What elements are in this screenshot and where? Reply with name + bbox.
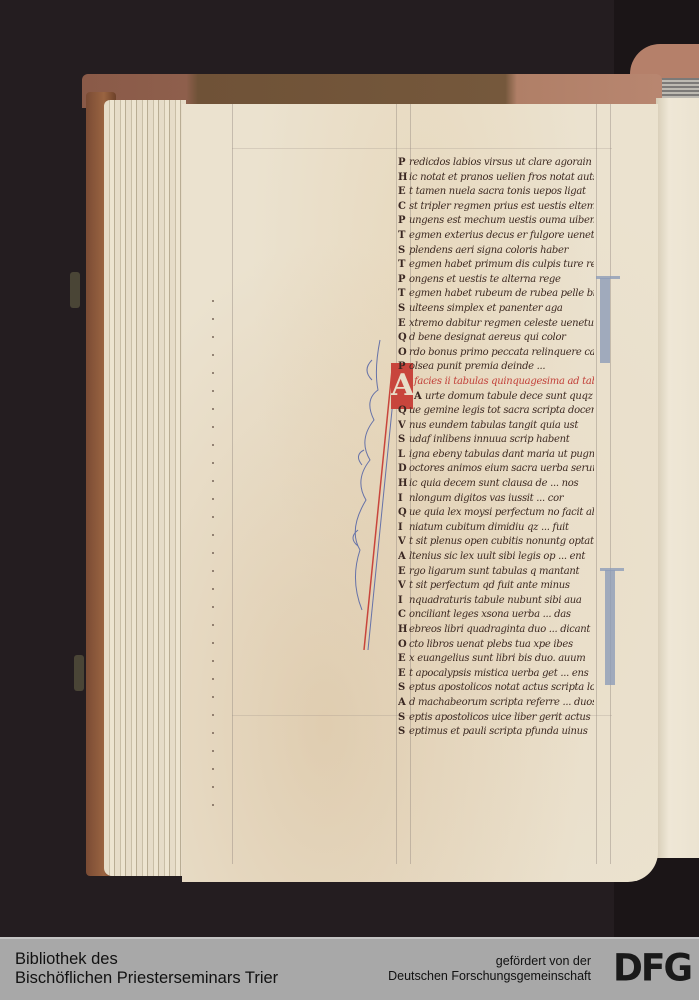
line-text: ic notat et pranos uelien fros notat aut… xyxy=(409,172,594,183)
verse-line: Septus apostolicos notat actus scripta l… xyxy=(398,681,594,696)
verse-line: Polsea punit premia deinde ... xyxy=(398,360,594,375)
fore-edge-leaves xyxy=(104,100,186,876)
line-initial: L xyxy=(398,448,409,463)
verse-line: Vt sit perfectum qd fuit ante minus xyxy=(398,579,594,594)
line-initial: A xyxy=(414,390,425,405)
rubric-line: facies ii tabulas quinquagesima ad taber… xyxy=(398,375,594,390)
line-initial: S xyxy=(398,711,409,726)
line-initial: V xyxy=(398,419,409,434)
facing-page xyxy=(656,98,699,858)
library-name: Bibliothek des Bischöflichen Priestersem… xyxy=(15,950,278,988)
blue-initial-icon xyxy=(600,278,610,363)
line-text: niatum cubitum dimidiu qz ... fuit xyxy=(409,522,569,533)
line-initial: E xyxy=(398,317,409,332)
line-text: olsea punit premia deinde ... xyxy=(409,361,545,372)
pricking-marks xyxy=(212,300,214,820)
line-initial: A xyxy=(398,550,409,565)
line-text: cto libros uenat plebs tua xpe ibes xyxy=(409,639,573,650)
line-initial: Q xyxy=(398,404,409,419)
line-text: onciliant leges xsona uerba ... das xyxy=(409,609,571,620)
line-text: xtremo dabitur regmen celeste uenetus xyxy=(409,318,594,329)
line-text: ic quia decem sunt clausa de ... nos xyxy=(409,478,578,489)
library-line-2: Bischöflichen Priesterseminars Trier xyxy=(15,969,278,988)
ruling-line xyxy=(596,104,597,864)
line-text: ongens et uestis te alterna rege xyxy=(409,274,561,285)
verse-line: Et tamen nuela sacra tonis uepos ligat xyxy=(398,185,594,200)
text-column: Predicdos labios virsus ut clare agorain… xyxy=(398,156,594,740)
line-text: ltenius sic lex uult sibi legis op ... e… xyxy=(409,551,585,562)
line-text: d machabeorum scripta referre ... duos xyxy=(409,697,594,708)
line-text: rgo ligarum sunt tabulas q mantant xyxy=(409,566,579,577)
line-initial: P xyxy=(398,214,409,229)
verse-line: Altenius sic lex uult sibi legis op ... … xyxy=(398,550,594,565)
line-initial: P xyxy=(398,360,409,375)
line-initial: V xyxy=(398,535,409,550)
line-initial: H xyxy=(398,623,409,638)
line-initial: E xyxy=(398,652,409,667)
line-text: ebreos libri quadraginta duo ... dicant xyxy=(409,624,590,635)
verse-line: Tegmen exterius decus er fulgore uenet xyxy=(398,229,594,244)
line-initial: T xyxy=(398,229,409,244)
line-initial: V xyxy=(398,579,409,594)
line-initial: I xyxy=(398,594,409,609)
funder-line-2: Deutschen Forschungsgemeinschaft xyxy=(388,969,591,984)
verse-line: Ergo ligarum sunt tabulas q mantant xyxy=(398,565,594,580)
verse-line: Que gemine legis tot sacra scripta docen… xyxy=(398,404,594,419)
line-text: egmen habet primum dis culpis ture relin… xyxy=(409,259,594,270)
verse-line: Pungens est mechum uestis ouma uibens xyxy=(398,214,594,229)
line-text: x euangelius sunt libri bis duo. auum xyxy=(409,653,585,664)
line-initial: S xyxy=(398,302,409,317)
verse-line: Ex euangelius sunt libri bis duo. auum xyxy=(398,652,594,667)
line-initial: S xyxy=(398,433,409,448)
dfg-logo-icon: DFG xyxy=(613,950,691,988)
line-text: t sit plenus open cubitis nonuntg optat xyxy=(409,536,594,547)
verse-line: Conciliant leges xsona uerba ... das xyxy=(398,608,594,623)
funder-line-1: gefördert von der xyxy=(388,954,591,969)
line-initial: P xyxy=(398,273,409,288)
line-initial: I xyxy=(398,521,409,536)
line-text: rdo bonus primo peccata relinquere carne xyxy=(409,347,594,358)
verse-line: Septis apostolicos uice liber gerit actu… xyxy=(398,711,594,726)
blue-initial-icon xyxy=(600,568,624,571)
verse-line: Hic notat et pranos uelien fros notat au… xyxy=(398,171,594,186)
verse-line: Cst tripler regmen prius est uestis elte… xyxy=(398,200,594,215)
line-text: udaf inlibens innuua scrip habent xyxy=(409,434,569,445)
line-text: t sit perfectum qd fuit ante minus xyxy=(409,580,570,591)
line-text: redicdos labios virsus ut clare agorain xyxy=(409,157,592,168)
line-initial: H xyxy=(398,477,409,492)
verse-line: Octo libros uenat plebs tua xpe ibes xyxy=(398,638,594,653)
verse-line: Ad machabeorum scripta referre ... duos xyxy=(398,696,594,711)
line-text: ungens est mechum uestis ouma uibens xyxy=(409,215,594,226)
line-text: nquadraturis tabule nubunt sibi aua xyxy=(409,595,582,606)
line-text: eptis apostolicos uice liber gerit actus xyxy=(409,712,590,723)
line-initial: O xyxy=(398,346,409,361)
line-initial: A xyxy=(398,696,409,711)
verse-line: Predicdos labios virsus ut clare agorain xyxy=(398,156,594,171)
verse-line: Hic quia decem sunt clausa de ... nos xyxy=(398,477,594,492)
ruling-line xyxy=(232,148,612,149)
line-text: igna ebeny tabulas dant maria ut pugnt xyxy=(409,449,594,460)
verse-line: Splendens aeri signa coloris haber xyxy=(398,244,594,259)
line-initial: E xyxy=(398,667,409,682)
line-text: eptus apostolicos notat actus scripta lo… xyxy=(409,682,594,693)
line-text: t tamen nuela sacra tonis uepos ligat xyxy=(409,186,586,197)
ruling-line xyxy=(232,104,233,864)
verse-line: Qd bene designat aereus qui color xyxy=(398,331,594,346)
line-text: egmen exterius decus er fulgore uenet xyxy=(409,230,594,241)
line-initial: S xyxy=(398,725,409,740)
verse-line: Inlongum digitos vas iussit ... cor xyxy=(398,492,594,507)
line-initial: C xyxy=(398,608,409,623)
clasp-icon xyxy=(70,272,80,308)
verse-line: Vt sit plenus open cubitis nonuntg optat xyxy=(398,535,594,550)
verse-line: Tegmen habet rubeum de rubea pelle biden… xyxy=(398,287,594,302)
line-initial: T xyxy=(398,258,409,273)
ruling-line xyxy=(610,104,611,864)
verse-line: Sudaf inlibens innuua scrip habent xyxy=(398,433,594,448)
line-initial: Q xyxy=(398,331,409,346)
verse-line: Inquadraturis tabule nubunt sibi aua xyxy=(398,594,594,609)
clasp-icon xyxy=(74,655,84,691)
verse-line: Sulteens simplex et panenter aga xyxy=(398,302,594,317)
line-initial: E xyxy=(398,565,409,580)
verse-line: Extremo dabitur regmen celeste uenetus xyxy=(398,317,594,332)
line-text: nus eundem tabulas tangit quia ust xyxy=(409,420,578,431)
verse-line: Hebreos libri quadraginta duo ... dicant xyxy=(398,623,594,638)
line-initial: H xyxy=(398,171,409,186)
verse-line: Et apocalypsis mistica uerba get ... ens xyxy=(398,667,594,682)
verse-line: Iniatum cubitum dimidiu qz ... fuit xyxy=(398,521,594,536)
line-initial: D xyxy=(398,462,409,477)
line-text: ue gemine legis tot sacra scripta docent xyxy=(409,405,594,416)
line-text: ue quia lex moysi perfectum no facit all… xyxy=(409,507,594,518)
line-text: octores animos eium sacra uerba serunt xyxy=(409,463,594,474)
line-text: d bene designat aereus qui color xyxy=(409,332,566,343)
line-text: eptimus et pauli scripta pfunda uinus xyxy=(409,726,588,737)
verse-line: Ordo bonus primo peccata relinquere carn… xyxy=(398,346,594,361)
line-initial: E xyxy=(398,185,409,200)
line-initial: O xyxy=(398,638,409,653)
line-text: plendens aeri signa coloris haber xyxy=(409,245,568,256)
blue-initial-icon xyxy=(605,570,615,685)
line-initial: P xyxy=(398,156,409,171)
verse-line: Pongens et uestis te alterna rege xyxy=(398,273,594,288)
funder-credit: gefördert von der Deutschen Forschungsge… xyxy=(388,954,591,984)
line-initial: I xyxy=(398,492,409,507)
blue-initial-icon xyxy=(596,276,620,279)
verse-line: Vnus eundem tabulas tangit quia ust xyxy=(398,419,594,434)
footer-bar: Bibliothek des Bischöflichen Priestersem… xyxy=(0,937,699,1000)
verse-line: Ligna ebeny tabulas dant maria ut pugnt xyxy=(398,448,594,463)
library-line-1: Bibliothek des xyxy=(15,950,278,969)
line-text: facies ii tabulas quinquagesima ad taber… xyxy=(414,376,594,387)
verse-line: Que quia lex moysi perfectum no facit al… xyxy=(398,506,594,521)
line-text: urte domum tabule dece sunt quqz par xyxy=(425,391,594,402)
verse-line: Doctores animos eium sacra uerba serunt xyxy=(398,462,594,477)
verse-line: Septimus et pauli scripta pfunda uinus xyxy=(398,725,594,740)
line-text: nlongum digitos vas iussit ... cor xyxy=(409,493,563,504)
line-text: t apocalypsis mistica uerba get ... ens xyxy=(409,668,589,679)
line-initial: C xyxy=(398,200,409,215)
line-text: st tripler regmen prius est uestis eltem xyxy=(409,201,594,212)
line-initial: Q xyxy=(398,506,409,521)
line-text: ulteens simplex et panenter aga xyxy=(409,303,563,314)
line-initial: T xyxy=(398,287,409,302)
line-initial: S xyxy=(398,681,409,696)
line-initial: S xyxy=(398,244,409,259)
verse-line: Tegmen habet primum dis culpis ture reli… xyxy=(398,258,594,273)
verse-line: Aurte domum tabule dece sunt quqz par xyxy=(398,390,594,405)
line-text: egmen habet rubeum de rubea pelle bident… xyxy=(409,288,594,299)
manuscript-scan: A Predicdos labios virsus ut clare agora… xyxy=(0,0,699,937)
